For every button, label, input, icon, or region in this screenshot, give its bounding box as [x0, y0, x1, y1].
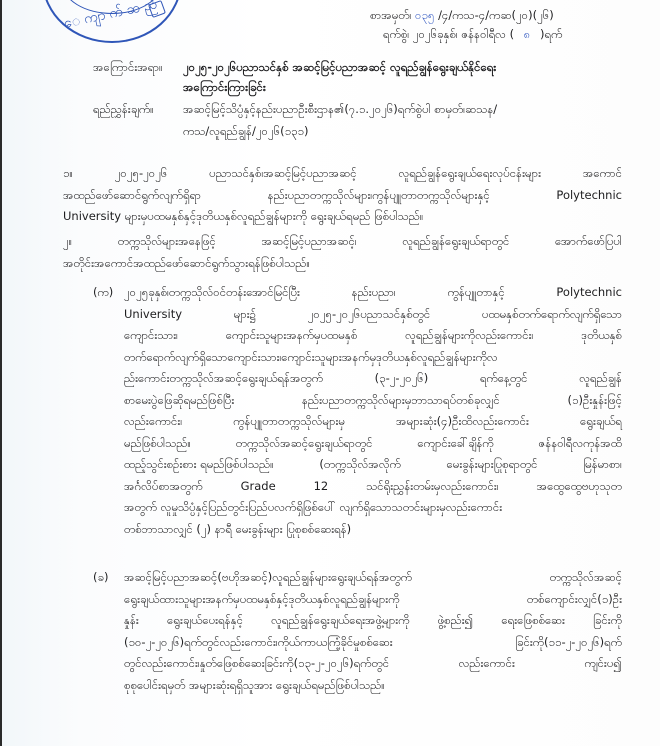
subject-label: အကြောင်းအရာ။ [93, 59, 163, 75]
line: အတွက် လူမှုသိပ္ပံနှင့်ပြည်တွင်းပြည်ပလက်ရ… [124, 497, 622, 519]
paragraph-1-line-2: အထည်ဖော်ဆောင်ရွက်လျက်ရှိရာ နည်းပညာတက္ကသိ… [63, 185, 622, 207]
text-segment: လူရည်ချွန်များကိုလည်းကောင်း၊ [405, 325, 533, 347]
text-segment: ရက်နေ့တွင် [480, 368, 528, 390]
text-segment: 12 [314, 476, 329, 498]
text-segment: ကွန်ပျူတာတက္ကသိုလ်များမှ [233, 411, 345, 433]
text-segment: စာမေးပွဲဖြေဆိုရမည်ဖြစ်ပြီး [124, 390, 234, 412]
sub-item-ka-body: ၂၀၂၅ခုနှစ်၊တက္ကသိုလ်ဝင်တန်းအောင်မြင်ပြီး… [124, 282, 622, 540]
document-page: ေကျာက်ဆည် စာအမှတ်၊ ၀၃၅ /၄/ကသ-၄/ကဆ(၂၀)(၂၆… [2, 0, 660, 746]
text-segment: အများဆုံး(၄)ဦးထိလည်းကောင်း [396, 411, 529, 433]
text-segment: တက္ကသိုလ်အဆင့်ရွေးချယ်ရာတွင် [236, 433, 373, 455]
text-segment: လူရည်ချွန်ရွေးချယ်ရာတွင် [402, 231, 509, 253]
text-segment: ဇန်နဝါရီလကုန်အထိ [539, 433, 622, 455]
text-segment: လည်းကောင်း၊ [124, 411, 182, 433]
text-segment: အထည်ဖော်ဆောင်ရွက်လျက်ရှိရာ [63, 185, 201, 207]
text-segment: Grade [241, 476, 276, 498]
reference-line-2: ကသ/လူရည်ချွန်/၂၀၂၆(၁၃၁) [183, 123, 308, 139]
text-segment: ၂၀၂၅-၂၀၂၆ပညာသင်နှစ်တွင် [308, 304, 431, 326]
date-day-handwritten: ၈ [518, 27, 537, 41]
text-segment: မြန်မာစာ၊ [583, 454, 622, 476]
text-segment: နည်းပညာတက္ကသိုလ်များမှဘာသာရပ်တစ်ခုလျှင် [302, 390, 500, 412]
text-segment: Polytechnic [556, 185, 622, 207]
text-segment: ပထမနှစ်တက်ရောက်လျက်ရှိသော [482, 304, 622, 326]
text-segment: ဖွဲ့စည်း၍ [438, 610, 474, 632]
text-segment: တွင်လည်းကောင်း၊နှုတ်ဖြေစစ်ဆေးခြင်းကို(၁၃… [124, 653, 389, 675]
line: နှုန်း ရွေးချယ်ပေးရန်နှင့် လူရည်ချွန်ရွေ… [124, 610, 622, 632]
text-segment: ပညာသင်နှစ်၊အဆင့်မြင့်ပညာအဆင့် [209, 163, 357, 185]
paragraph-1: ၁။ ၂၀၂၅-၂၀၂၆ ပညာသင်နှစ်၊အဆင့်မြင့်ပညာအဆင… [63, 163, 622, 228]
text-segment: ၂၀၂၅ခုနှစ်၊တက္ကသိုလ်ဝင်တန်းအောင်မြင်ပြီး [124, 282, 300, 304]
text-segment: (၁၀-၂-၂၀၂၆)ရက်တွင်လည်းကောင်း၊ကိုယ်ကာယကြံ… [124, 632, 393, 654]
text-segment: သင်ရိုးညွှန်းတမ်းမှလည်းကောင်း၊ [366, 476, 498, 498]
text-segment: လည်းကောင်း [459, 653, 515, 675]
text-segment: ဒုတိယနှစ် [581, 325, 622, 347]
subject-line-1: ၂၀၂၅-၂၀၂၆ပညာသင်နှစ် အဆင့်မြင့်ပညာအဆင့် လ… [183, 59, 496, 75]
text-segment: ကျောင်းခေါ်ချိန်ကို [417, 433, 493, 455]
text-segment: တက္ကသိုလ်အဆင့် [550, 567, 622, 589]
line: လည်းကောင်း၊ ကွန်ပျူတာတက္ကသိုလ်များမှ အမျ… [124, 411, 622, 433]
text-segment: ကျောင်းသူများအနက်မှပထမနှစ် [226, 325, 358, 347]
text-segment: မေးခွန်းများပြုစုရာတွင် [447, 454, 538, 476]
text-segment: ၂၀၂၅-၂၀၂၆ [115, 163, 168, 185]
text-segment: အဆင့်မြင့်ပညာအဆင့်၊ [261, 231, 356, 253]
text-segment: ထည့်သွင်းစဉ်းစား ရမည်ဖြစ်ပါသည်။ [124, 454, 274, 476]
sub-item-kha-body: အဆင့်မြင့်ပညာအဆင့်(ဗဟိုအဆင့်)လူရည်ချွန်မ… [124, 567, 622, 696]
line: တက်ရောက်လျက်ရှိသောကျောင်းသား၊ကျောင်းသူမျ… [124, 347, 622, 369]
line: ထည့်သွင်းစဉ်းစား ရမည်ဖြစ်ပါသည်။ (တက္ကသို… [124, 454, 622, 476]
line: အဆင့်မြင့်ပညာအဆင့်(ဗဟိုအဆင့်)လူရည်ချွန်မ… [124, 567, 622, 589]
ref-suffix: /၄/ကသ-၄/ကဆ(၂၀)(၂၆) [438, 8, 554, 22]
text-segment: ကျောင်းသား၊ [124, 325, 178, 347]
line: စာမေးပွဲဖြေဆိုရမည်ဖြစ်ပြီး နည်းပညာတက္ကသိ… [124, 390, 622, 412]
text-segment: အောက်ဖော်ပြပါ [555, 231, 622, 253]
text-segment: နည်းပညာ၊ [352, 282, 396, 304]
text-segment: (၃-၂-၂၀၂၆) [375, 368, 429, 390]
text-segment: University [124, 304, 182, 326]
paragraph-2-line-2: အတိုင်းအကောင်အထည်ဖော်ဆောင်ရွက်သွားရန်ဖြစ… [63, 253, 622, 275]
text-segment: (၁)ဦးနှုန်းဖြင့် [568, 390, 622, 412]
text-segment: ခြင်းကို(၁၁-၂-၂၀၂၆)ရက် [515, 632, 622, 654]
text-segment: ရွေးချယ်ပေးရန်နှင့် [167, 610, 243, 632]
text-segment: အကောင် [583, 163, 622, 185]
text-segment: မည်ဖြစ်ပါသည်။ [124, 433, 191, 455]
text-segment: လူရည်ချွန် [579, 368, 622, 390]
text-segment: ရေးဖြေစစ်ဆေး [501, 610, 565, 632]
line: မည်ဖြစ်ပါသည်။ တက္ကသိုလ်အဆင့်ရွေးချယ်ရာတွ… [124, 433, 622, 455]
subject-line-2: အကြောင်းကြားခြင်း [183, 79, 266, 95]
line: (၁၀-၂-၂၀၂၆)ရက်တွင်လည်းကောင်း၊ကိုယ်ကာယကြံ… [124, 632, 622, 654]
text-segment: လူရည်ချွန်ရွေးချယ်ရေးအဖွဲ့များကို [271, 610, 409, 632]
text-segment: ည်းကောင်းတက္ကသိုလ်အဆင့်ရွေးချယ်ရန်အတွက် [124, 368, 323, 390]
text-segment: လူရည်ချွန်ရွေးချယ်ရေးလုပ်ငန်းများ [398, 163, 541, 185]
text-segment: ရွေးချယ်ရ [580, 411, 622, 433]
text-segment: များ၌ [234, 304, 256, 326]
ref-number-handwritten: ၀၃၅ [415, 8, 434, 22]
text-segment: ခြင်းကို [593, 610, 622, 632]
paragraph-1-line-1: ၁။ ၂၀၂၅-၂၀၂၆ ပညာသင်နှစ်၊အဆင့်မြင့်ပညာအဆင… [63, 163, 622, 185]
letter-reference-number: စာအမှတ်၊ ၀၃၅ /၄/ကသ-၄/ကဆ(၂၀)(၂၆) [370, 7, 554, 23]
text-segment: တက္ကသိုလ်များအနေဖြင့် [118, 231, 216, 253]
sub-item-ka-marker: (က) [93, 282, 113, 304]
text-segment: အဆင့်မြင့်ပညာအဆင့်(ဗဟိုအဆင့်)လူရည်ချွန်မ… [124, 567, 412, 589]
line: ၂၀၂၅ခုနှစ်၊တက္ကသိုလ်ဝင်တန်းအောင်မြင်ပြီး… [124, 282, 622, 304]
paragraph-number: ၁။ [63, 163, 73, 185]
line: တစ်ဘာသာလျှင် (၂) နာရီ မေးခွန်းများ ပြုစု… [124, 519, 622, 541]
paragraph-2-line-1: ၂။ တက္ကသိုလ်များအနေဖြင့် အဆင့်မြင့်ပညာအဆ… [63, 231, 622, 253]
line: University များ၌ ၂၀၂၅-၂၀၂၆ပညာသင်နှစ်တွင်… [124, 304, 622, 326]
text-segment: တစ်ကျောင်းလျှင်(၁)ဦး [527, 589, 622, 611]
paragraph-2: ၂။ တက္ကသိုလ်များအနေဖြင့် အဆင့်မြင့်ပညာအဆ… [63, 231, 622, 274]
date-prefix: ရက်စွဲ၊ ၂၀၂၆ခုနှစ်၊ ဇန်နဝါရီလ ( [383, 27, 514, 41]
letter-date: ရက်စွဲ၊ ၂၀၂၆ခုနှစ်၊ ဇန်နဝါရီလ ( ၈ )ရက် [383, 26, 562, 42]
text-segment: ကျင်းပ၍ [584, 653, 622, 675]
ref-label: စာအမှတ်၊ [370, 8, 411, 22]
paragraph-number: ၂။ [63, 231, 72, 253]
text-segment: ရွေးချယ်ထားသူများအနက်မှပထမနှစ်နှင့်ဒုတိယ… [124, 589, 399, 611]
text-segment: (တက္ကသိုလ်အလိုက် [319, 454, 400, 476]
text-segment: အင်္ဂလိပ်စာအတွက် [124, 476, 203, 498]
text-segment: Polytechnic [556, 282, 622, 304]
paragraph-1-line-3: University များမှပထမနှစ်နှင့်ဒုတိယနှစ်လူ… [63, 206, 622, 228]
text-segment: ကွန်ပျူတာနှင့် [448, 282, 505, 304]
text-segment: နှုန်း [124, 610, 139, 632]
line: ရွေးချယ်ထားသူများအနက်မှပထမနှစ်နှင့်ဒုတိယ… [124, 589, 622, 611]
text-segment: နည်းပညာတက္ကသိုလ်များ၊ကွန်ပျူတာတက္ကသိုလ်မ… [268, 185, 490, 207]
date-suffix: )ရက် [540, 27, 562, 41]
reference-label: ရည်ညွှန်းချက်။ [93, 101, 154, 117]
line: တွင်လည်းကောင်း၊နှုတ်ဖြေစစ်ဆေးခြင်းကို(၁၃… [124, 653, 622, 675]
line: စုစုပေါင်းရမှတ် အများဆုံးရရှိသူအား ရွေးခ… [124, 675, 622, 697]
sub-item-kha-marker: (ခ) [93, 567, 108, 589]
line: ည်းကောင်းတက္ကသိုလ်အဆင့်ရွေးချယ်ရန်အတွက် … [124, 368, 622, 390]
reference-line-1: အဆင့်မြင့်သိပ္ပံနှင့်နည်းပညာဦးစီးဌာန၏(၇.… [183, 101, 497, 117]
line: ကျောင်းသား၊ ကျောင်းသူများအနက်မှပထမနှစ် လ… [124, 325, 622, 347]
line: အင်္ဂလိပ်စာအတွက် Grade 12 သင်ရိုးညွှန်းတ… [124, 476, 622, 498]
text-segment: အထွေထွေဗဟုသုတ [537, 476, 622, 498]
